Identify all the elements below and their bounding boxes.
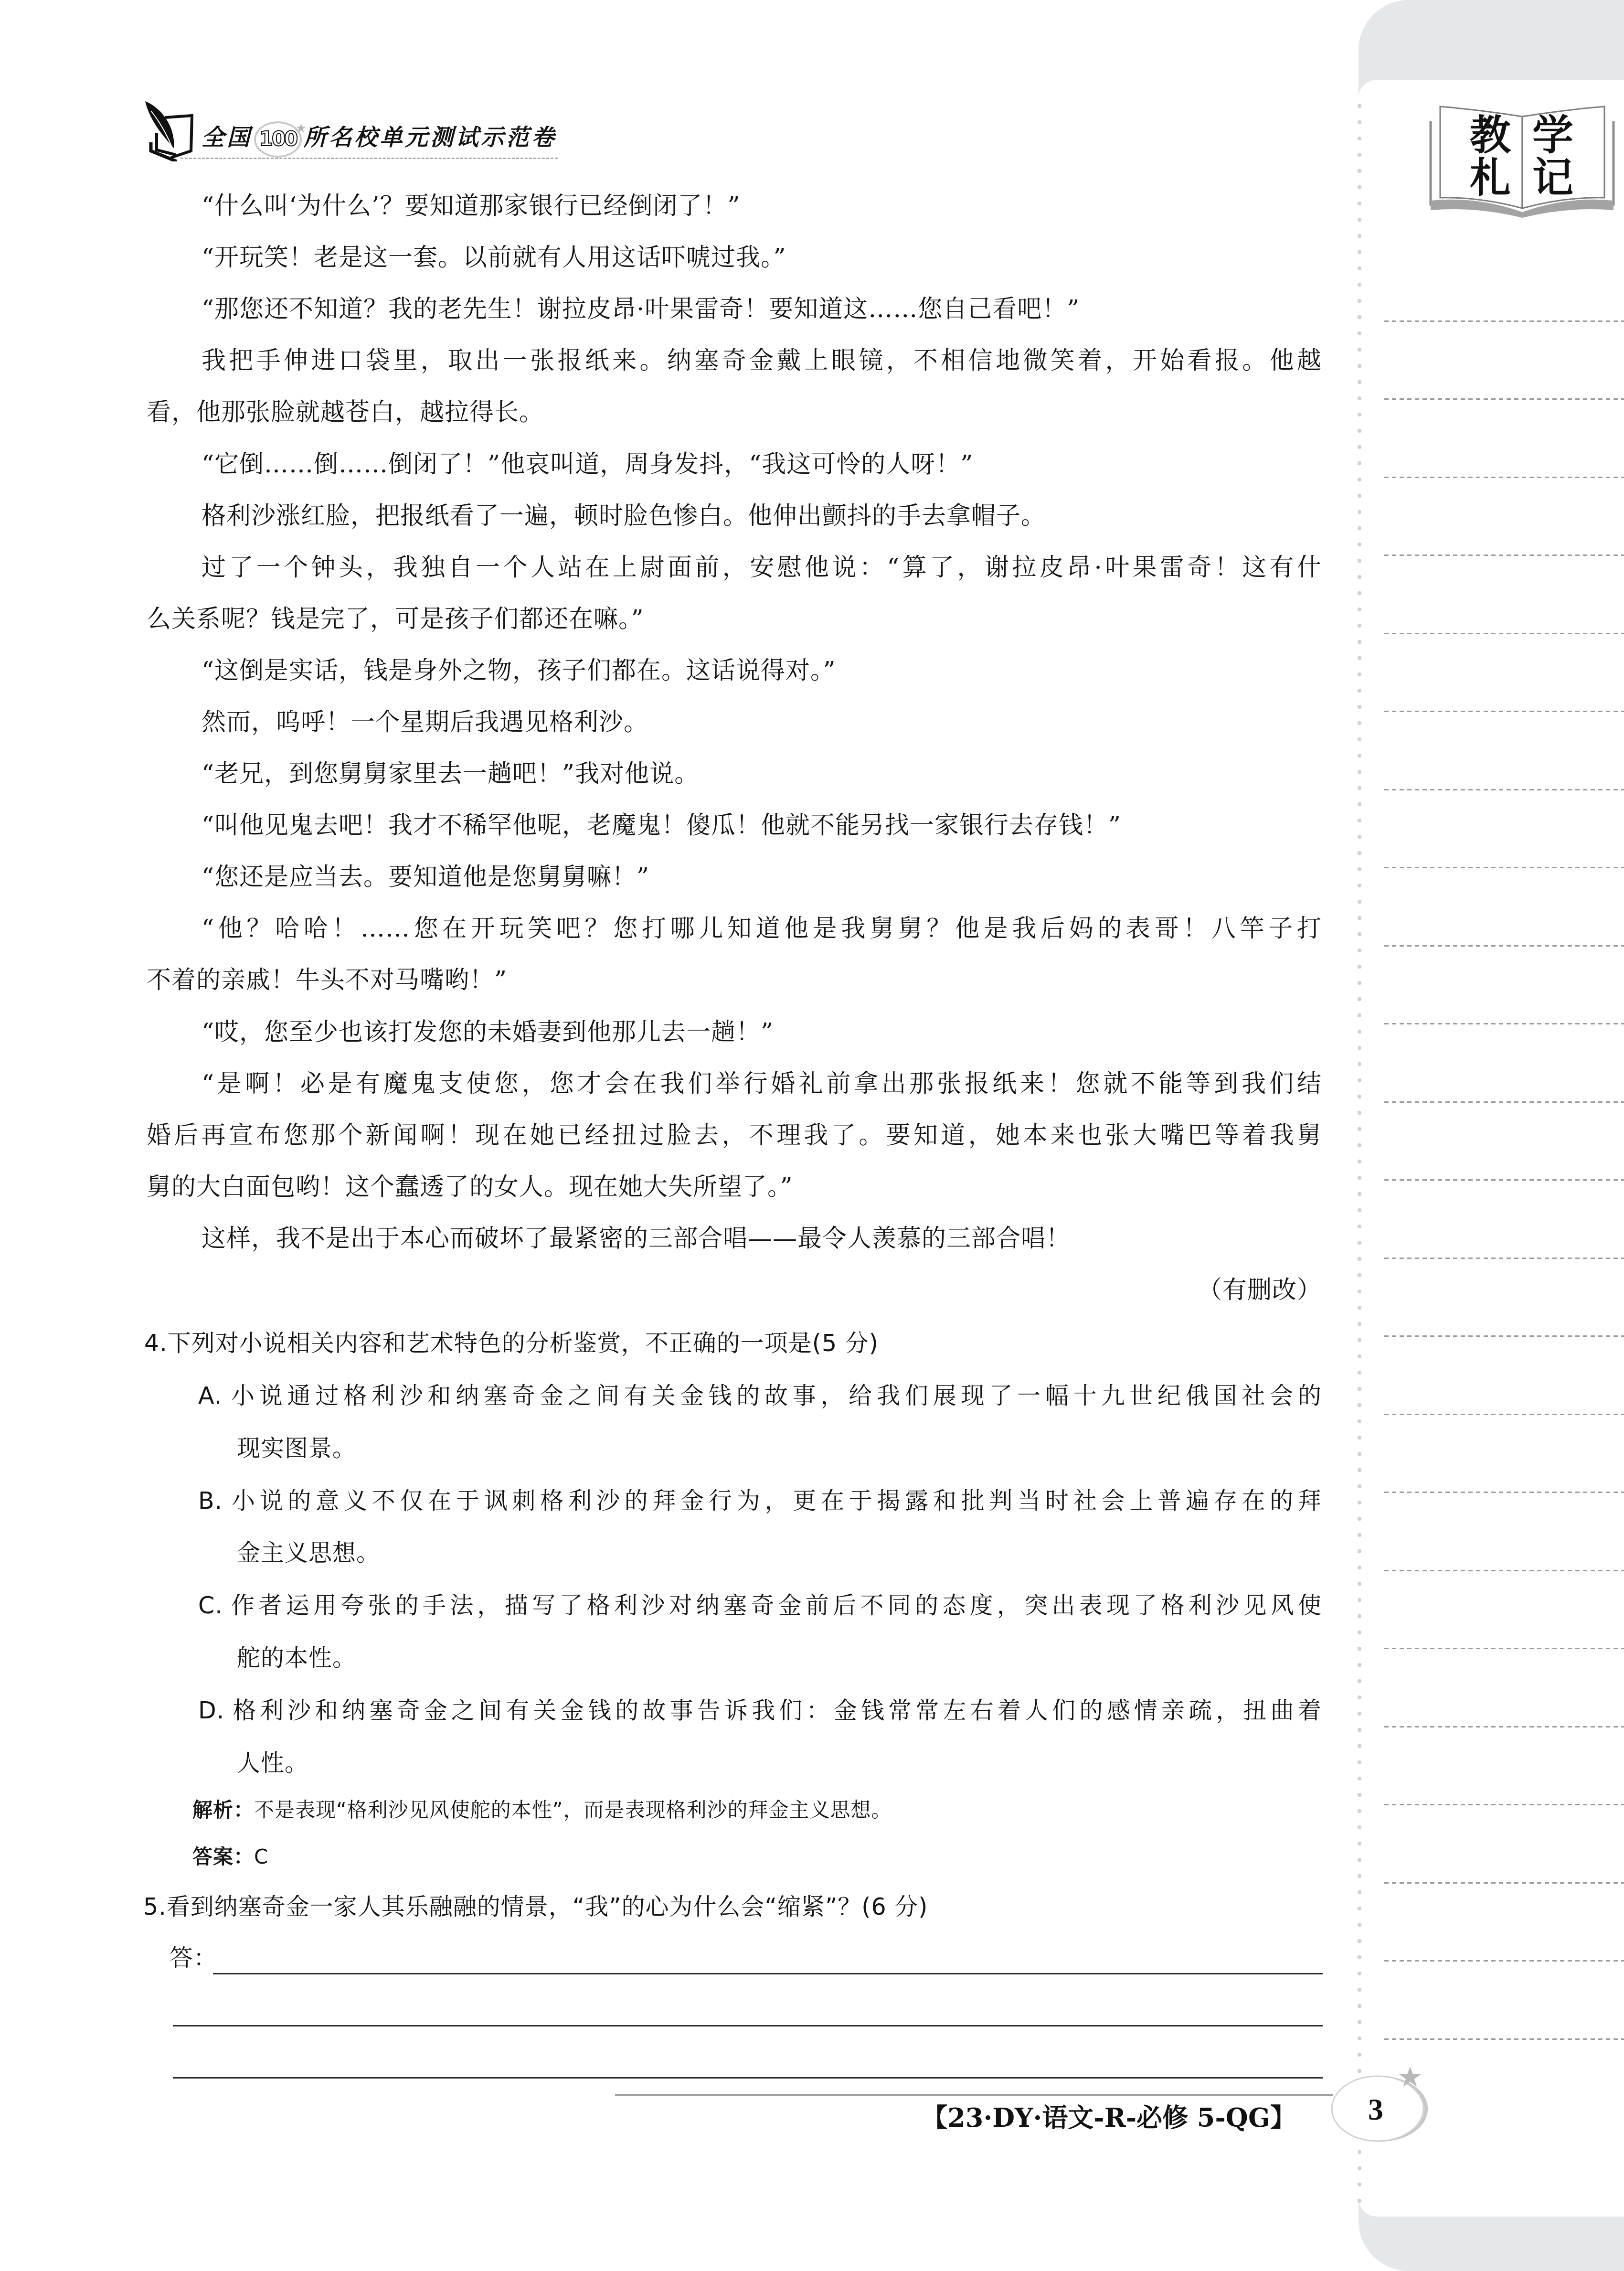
series-title: 全国100所名校单元测试示范卷 — [202, 119, 557, 156]
passage-line: 婚后再宣布您那个新闻啊！现在她已经扭过脸去，不理我了。要知道，她本来也张大嘴巴等… — [147, 1119, 1322, 1152]
option-c: C.作者运用夸张的手法，描写了格利沙对纳塞奇金前后不同的态度，突出表现了格利沙见… — [198, 1589, 1322, 1622]
series-title-suffix: 所名校单元测试示范卷 — [304, 124, 557, 151]
analysis-text: 不是表现“格利沙见风使舵的本性”，而是表现格利沙的拜金主义思想。 — [254, 1798, 892, 1822]
passage-line: 么关系呢？钱是完了，可是孩子们都还在嘛。” — [147, 603, 1322, 636]
analysis: 解析：不是表现“格利沙见风使舵的本性”，而是表现格利沙的拜金主义思想。 — [192, 1793, 1322, 1827]
option-text: 小说通过格利沙和纳塞奇金之间有关金钱的故事，给我们展现了一幅十九世纪俄国社会的 — [227, 1382, 1322, 1409]
notes-title-char: 学 — [1532, 111, 1573, 160]
option-text: 格利沙和纳塞奇金之间有关金钱的故事告诉我们：金钱常常左右着人们的感情亲疏，扭曲着 — [229, 1697, 1322, 1724]
option-label: A. — [198, 1382, 222, 1409]
answer-line — [173, 2077, 1323, 2079]
passage-line: “您还是应当去。要知道他是您舅舅嘛！” — [147, 861, 1322, 894]
passage-line: 我把手伸进口袋里，取出一张报纸来。纳塞奇金戴上眼镜，不相信地微笑着，开始看报。他… — [147, 344, 1322, 378]
option-text: 小说的意义不仅在于讽刺格利沙的拜金行为，更在于揭露和批判当时社会上普遍存在的拜 — [227, 1487, 1322, 1514]
option-c-continued: 舵的本性。 — [237, 1642, 1322, 1675]
series-number: 100 — [259, 127, 297, 150]
passage-line: “老兄，到您舅舅家里去一趟吧！”我对他说。 — [147, 757, 1322, 791]
answer-value: C — [254, 1845, 268, 1868]
answer-key: 答案：C — [192, 1840, 1322, 1874]
series-number-badge: 100 — [254, 121, 302, 158]
question-text: 看到纳塞奇金一家人其乐融融的情景，“我”的心为什么会“缩紧”？ — [167, 1893, 862, 1920]
option-text: 作者运用夸张的手法，描写了格利沙对纳塞奇金前后不同的态度，突出表现了格利沙见风使 — [228, 1592, 1322, 1619]
passage-line: “他？哈哈！……您在开玩笑吧？您打哪儿知道他是我舅舅？他是我后妈的表哥！八竿子打 — [147, 912, 1322, 946]
passage-line: “这倒是实话，钱是身外之物，孩子们都在。这话说得对。” — [147, 654, 1322, 688]
notes-title-char: 札 — [1470, 154, 1511, 202]
page-number: 3 — [1368, 2092, 1383, 2126]
quill-book-logo-icon — [142, 101, 201, 161]
question-score: (5 分) — [812, 1330, 879, 1357]
passage-line: 看，他那张脸就越苍白，越拉得长。 — [147, 396, 1322, 429]
passage-line: 然而，呜呼！一个星期后我遇见格利沙。 — [147, 706, 1322, 739]
exam-page: 教 学 札 记 全国100所名校单元测试示范卷 “什么叫‘为什么’？要知道那家银… — [0, 0, 1624, 2271]
passage-line: “是啊！必是有魔鬼支使您，您才会在我们举行婚礼前拿出那张报纸来！您就不能等到我们… — [147, 1067, 1322, 1101]
question-4-stem: 4.下列对小说相关内容和艺术特色的分析鉴赏，不正确的一项是(5 分) — [144, 1327, 1322, 1360]
option-a: A.小说通过格利沙和纳塞奇金之间有关金钱的故事，给我们展现了一幅十九世纪俄国社会… — [198, 1379, 1322, 1413]
question-5-stem: 5.看到纳塞奇金一家人其乐融融的情景，“我”的心为什么会“缩紧”？(6 分) — [143, 1890, 1322, 1924]
header-divider — [180, 158, 558, 159]
star-icon — [296, 113, 307, 144]
passage-line: “叫他见鬼去吧！我才不稀罕他呢，老魔鬼！傻瓜！他就不能另找一家银行去存钱！” — [147, 809, 1322, 842]
answer-line — [213, 1973, 1323, 1974]
option-a-continued: 现实图景。 — [237, 1432, 1322, 1465]
question-score: (6 分) — [861, 1893, 928, 1920]
passage-line: 舅的大白面包哟！这个蠢透了的女人。现在她大失所望了。” — [147, 1171, 1322, 1204]
passage-line: “哎，您至少也该打发您的未婚妻到他那儿去一趟！” — [147, 1016, 1322, 1049]
passage-line: 格利沙涨红脸，把报纸看了一遍，顿时脸色惨白。他伸出颤抖的手去拿帽子。 — [147, 500, 1322, 533]
question-number: 5. — [143, 1893, 167, 1920]
passage-line: “什么叫‘为什么’？要知道那家银行已经倒闭了！” — [147, 190, 1322, 223]
option-d: D.格利沙和纳塞奇金之间有关金钱的故事告诉我们：金钱常常左右着人们的感情亲疏，扭… — [198, 1694, 1322, 1727]
page-number-badge: 3 — [1329, 2066, 1432, 2147]
notes-title-char: 教 — [1470, 111, 1511, 160]
series-title-prefix: 全国 — [202, 124, 252, 151]
option-d-continued: 人性。 — [237, 1747, 1322, 1780]
passage-line: 过了一个钟头，我独自一个人站在上尉面前，安慰他说：“算了，谢拉皮昂·叶果雷奇！这… — [147, 551, 1322, 585]
source-note: （有删改） — [147, 1274, 1322, 1307]
passage-line: 不着的亲戚！牛头不对马嘴哟！” — [147, 964, 1322, 997]
notes-title-char: 记 — [1532, 154, 1573, 202]
passage-line: “那您还不知道？我的老先生！谢拉皮昂·叶果雷奇！要知道这……您自己看吧！” — [147, 293, 1322, 326]
option-label: D. — [198, 1697, 224, 1724]
question-text: 下列对小说相关内容和艺术特色的分析鉴赏，不正确的一项是 — [168, 1330, 812, 1357]
footer-divider — [615, 2094, 1333, 2096]
answer-label: 答案： — [192, 1845, 254, 1868]
passage-line: “开玩笑！老是这一套。以前就有人用这话吓唬过我。” — [147, 241, 1322, 275]
answer-line — [173, 2025, 1323, 2026]
analysis-label: 解析： — [192, 1798, 254, 1822]
option-label: C. — [198, 1592, 223, 1619]
passage-line: “它倒……倒……倒闭了！”他哀叫道，周身发抖，“我这可怜的人呀！” — [147, 448, 1322, 481]
question-number: 4. — [144, 1330, 168, 1357]
answer-prefix: 答： — [170, 1941, 217, 1975]
dotted-margin-divider — [1357, 98, 1362, 2204]
notes-ruled-lines — [1384, 320, 1624, 2040]
open-book-icon: 教 学 札 记 — [1428, 102, 1616, 218]
passage-line: 这样，我不是出于本心而破坏了最紧密的三部合唱——最令人羡慕的三部合唱！ — [147, 1222, 1322, 1256]
paper-code: 【23·DY·语文-R-必修 5-QG】 — [898, 2100, 1296, 2135]
option-label: B. — [198, 1487, 223, 1514]
option-b-continued: 金主义思想。 — [237, 1536, 1322, 1570]
option-b: B.小说的意义不仅在于讽刺格利沙的拜金行为，更在于揭露和批判当时社会上普遍存在的… — [198, 1484, 1322, 1518]
